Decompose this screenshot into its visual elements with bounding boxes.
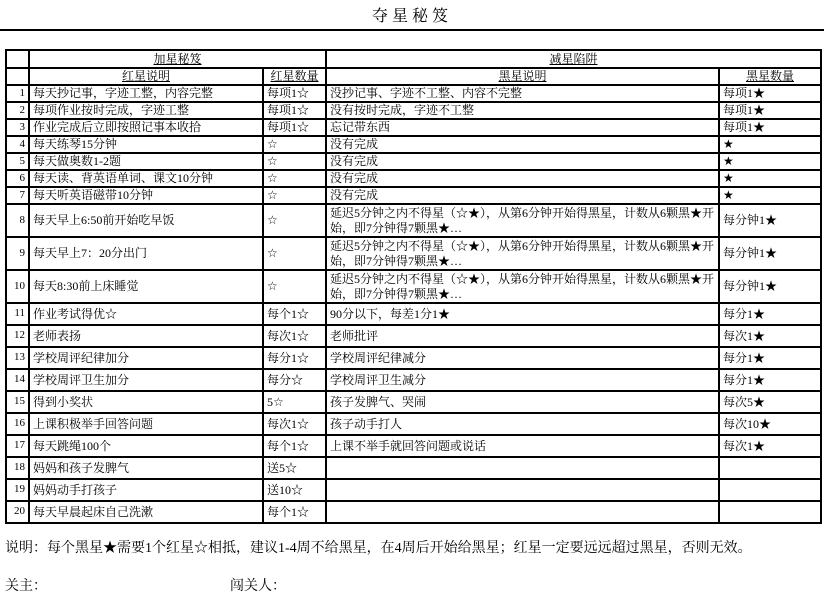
row-number: 13 — [6, 347, 29, 369]
row-number: 2 — [6, 102, 29, 119]
black-qty-cell: 每项1★ — [719, 119, 821, 136]
black-desc-cell: 孩子动手打人 — [326, 413, 719, 435]
red-desc-cell: 老师表扬 — [29, 325, 263, 347]
row-number: 6 — [6, 170, 29, 187]
black-desc-cell: 延迟5分钟之内不得星（☆★），从第6分钟开始得黑星，计数从6颗黑★开始，即7分钟… — [326, 204, 719, 237]
black-qty-cell: 每分1★ — [719, 303, 821, 325]
red-desc-cell: 妈妈和孩子发脾气 — [29, 457, 263, 479]
red-qty-cell: 5☆ — [263, 391, 326, 413]
table-row: 14学校周评卫生加分每分☆学校周评卫生减分每分1★ — [6, 369, 821, 391]
row-number: 5 — [6, 153, 29, 170]
red-qty-cell: 每分☆ — [263, 369, 326, 391]
table-row: 5每天做奥数1-2题☆没有完成★ — [6, 153, 821, 170]
red-desc-cell: 每天听英语磁带10分钟 — [29, 187, 263, 204]
red-qty-cell: 送5☆ — [263, 457, 326, 479]
red-desc-cell: 每天早上6:50前开始吃早饭 — [29, 204, 263, 237]
table-row: 13学校周评纪律加分每分1☆学校周评纪律减分每分1★ — [6, 347, 821, 369]
col-header-red-desc-label: 红星说明 — [122, 69, 170, 83]
row-number: 19 — [6, 479, 29, 501]
table-row: 8每天早上6:50前开始吃早饭☆延迟5分钟之内不得星（☆★），从第6分钟开始得黑… — [6, 204, 821, 237]
black-desc-cell: 孩子发脾气、哭闹 — [326, 391, 719, 413]
red-qty-cell: 每分1☆ — [263, 347, 326, 369]
row-number: 14 — [6, 369, 29, 391]
table-row: 17每天跳绳100个每个1☆上课不举手就回答问题或说话每次1★ — [6, 435, 821, 457]
black-qty-cell: ★ — [719, 170, 821, 187]
black-desc-cell: 没有完成 — [326, 187, 719, 204]
red-qty-cell: ☆ — [263, 170, 326, 187]
red-desc-cell: 每天早晨起床自己洗漱 — [29, 501, 263, 523]
table-row: 19妈妈动手打孩子送10☆ — [6, 479, 821, 501]
black-qty-cell: ★ — [719, 136, 821, 153]
col-header-black-desc: 黑星说明 — [326, 68, 719, 85]
black-desc-cell: 忘记带东西 — [326, 119, 719, 136]
black-desc-cell: 学校周评纪律减分 — [326, 347, 719, 369]
black-desc-cell: 90分以下，每差1分1★ — [326, 303, 719, 325]
col-header-black-qty-label: 黑星数量 — [746, 69, 794, 83]
red-desc-cell: 每项作业按时完成，字迹工整 — [29, 102, 263, 119]
black-desc-cell: 没抄记事、字迹不工整、内容不完整 — [326, 85, 719, 102]
group-subtract-stars-label: 减星陷阱 — [550, 52, 598, 66]
table-row: 1每天抄记事，字迹工整，内容完整每项1☆没抄记事、字迹不工整、内容不完整每项1★ — [6, 85, 821, 102]
red-desc-cell: 学校周评卫生加分 — [29, 369, 263, 391]
table-row: 10每天8:30前上床睡觉☆延迟5分钟之内不得星（☆★），从第6分钟开始得黑星，… — [6, 270, 821, 303]
black-desc-cell: 上课不举手就回答问题或说话 — [326, 435, 719, 457]
black-desc-cell — [326, 479, 719, 501]
red-desc-cell: 得到小奖状 — [29, 391, 263, 413]
black-desc-cell: 没有按时完成，字迹不工整 — [326, 102, 719, 119]
black-desc-cell — [326, 457, 719, 479]
row-number: 17 — [6, 435, 29, 457]
red-desc-cell: 每天练琴15分钟 — [29, 136, 263, 153]
col-header-black-qty: 黑星数量 — [719, 68, 821, 85]
black-desc-cell: 学校周评卫生减分 — [326, 369, 719, 391]
red-qty-cell: 送10☆ — [263, 479, 326, 501]
corner-cell — [6, 50, 29, 68]
table-row: 11作业考试得优☆每个1☆90分以下，每差1分1★每分1★ — [6, 303, 821, 325]
row-number: 15 — [6, 391, 29, 413]
row-number: 12 — [6, 325, 29, 347]
red-desc-cell: 每天8:30前上床睡觉 — [29, 270, 263, 303]
table-row: 3作业完成后立即按照记事本收拾每项1☆忘记带东西每项1★ — [6, 119, 821, 136]
row-number: 8 — [6, 204, 29, 237]
red-desc-cell: 作业完成后立即按照记事本收拾 — [29, 119, 263, 136]
black-qty-cell: 每分1★ — [719, 347, 821, 369]
red-desc-cell: 每天做奥数1-2题 — [29, 153, 263, 170]
red-desc-cell: 学校周评纪律加分 — [29, 347, 263, 369]
col-header-red-qty: 红星数量 — [263, 68, 326, 85]
red-desc-cell: 上课积极举手回答问题 — [29, 413, 263, 435]
table-row: 2每项作业按时完成，字迹工整每项1☆没有按时完成，字迹不工整每项1★ — [6, 102, 821, 119]
red-qty-cell: ☆ — [263, 153, 326, 170]
red-qty-cell: 每个1☆ — [263, 501, 326, 523]
black-qty-cell: 每次1★ — [719, 325, 821, 347]
row-number: 18 — [6, 457, 29, 479]
row-number: 10 — [6, 270, 29, 303]
red-qty-cell: 每个1☆ — [263, 303, 326, 325]
red-qty-cell: 每项1☆ — [263, 119, 326, 136]
note-text: 说明：每个黑星★需要1个红星☆相抵，建议1-4周不给黑星，在4周后开始给黑星；红… — [5, 540, 817, 558]
col-header-red-qty-label: 红星数量 — [271, 69, 319, 83]
black-qty-cell: 每分1★ — [719, 369, 821, 391]
table-row: 9每天早上7：20分出门☆延迟5分钟之内不得星（☆★），从第6分钟开始得黑星，计… — [6, 237, 821, 270]
row-number: 1 — [6, 85, 29, 102]
red-desc-cell: 每天抄记事，字迹工整，内容完整 — [29, 85, 263, 102]
group-add-stars: 加星秘笈 — [29, 50, 326, 68]
col-header-black-desc-label: 黑星说明 — [499, 69, 547, 83]
col-header-red-desc: 红星说明 — [29, 68, 263, 85]
row-number: 7 — [6, 187, 29, 204]
signature-row: 关主： 闯关人： — [5, 575, 824, 593]
black-desc-cell: 延迟5分钟之内不得星（☆★），从第6分钟开始得黑星，计数从6颗黑★开始，即7分钟… — [326, 237, 719, 270]
black-desc-cell: 老师批评 — [326, 325, 719, 347]
group-header-row: 加星秘笈 减星陷阱 — [6, 50, 821, 68]
table-row: 20每天早晨起床自己洗漱每个1☆ — [6, 501, 821, 523]
title-underline — [0, 29, 824, 31]
black-desc-cell: 没有完成 — [326, 153, 719, 170]
group-add-stars-label: 加星秘笈 — [154, 52, 202, 66]
star-rules-table: 加星秘笈 减星陷阱 红星说明 红星数量 黑星说明 黑星数量 1每天抄记事，字迹工… — [5, 49, 822, 524]
red-qty-cell: ☆ — [263, 187, 326, 204]
red-qty-cell: ☆ — [263, 136, 326, 153]
black-desc-cell: 没有完成 — [326, 136, 719, 153]
black-qty-cell — [719, 479, 821, 501]
black-desc-cell: 没有完成 — [326, 170, 719, 187]
table-row: 6每天读、背英语单词、课文10分钟☆没有完成★ — [6, 170, 821, 187]
black-qty-cell: 每项1★ — [719, 102, 821, 119]
black-qty-cell: 每分钟1★ — [719, 270, 821, 303]
row-number: 20 — [6, 501, 29, 523]
black-qty-cell — [719, 457, 821, 479]
black-qty-cell: 每项1★ — [719, 85, 821, 102]
black-desc-cell: 延迟5分钟之内不得星（☆★），从第6分钟开始得黑星，计数从6颗黑★开始，即7分钟… — [326, 270, 719, 303]
table-row: 4每天练琴15分钟☆没有完成★ — [6, 136, 821, 153]
red-desc-cell: 每天跳绳100个 — [29, 435, 263, 457]
black-desc-cell — [326, 501, 719, 523]
black-qty-cell: 每次5★ — [719, 391, 821, 413]
group-subtract-stars: 减星陷阱 — [326, 50, 821, 68]
red-desc-cell: 每天早上7：20分出门 — [29, 237, 263, 270]
row-number: 3 — [6, 119, 29, 136]
red-qty-cell: 每个1☆ — [263, 435, 326, 457]
row-number: 16 — [6, 413, 29, 435]
red-desc-cell: 妈妈动手打孩子 — [29, 479, 263, 501]
black-qty-cell: 每次10★ — [719, 413, 821, 435]
red-qty-cell: ☆ — [263, 270, 326, 303]
row-number: 11 — [6, 303, 29, 325]
challenger-label: 闯关人： — [230, 575, 286, 595]
red-qty-cell: 每项1☆ — [263, 102, 326, 119]
row-number: 9 — [6, 237, 29, 270]
page-title: 夺星秘笈 — [0, 0, 824, 27]
corner-cell-2 — [6, 68, 29, 85]
red-qty-cell: ☆ — [263, 237, 326, 270]
black-qty-cell: 每分钟1★ — [719, 237, 821, 270]
red-qty-cell: 每项1☆ — [263, 85, 326, 102]
table-row: 15得到小奖状5☆孩子发脾气、哭闹每次5★ — [6, 391, 821, 413]
table-body: 1每天抄记事，字迹工整，内容完整每项1☆没抄记事、字迹不工整、内容不完整每项1★… — [6, 85, 821, 523]
black-qty-cell: 每分钟1★ — [719, 204, 821, 237]
red-desc-cell: 作业考试得优☆ — [29, 303, 263, 325]
red-qty-cell: 每次1☆ — [263, 413, 326, 435]
red-desc-cell: 每天读、背英语单词、课文10分钟 — [29, 170, 263, 187]
black-qty-cell: 每次1★ — [719, 435, 821, 457]
black-qty-cell — [719, 501, 821, 523]
red-qty-cell: ☆ — [263, 204, 326, 237]
table-row: 16上课积极举手回答问题每次1☆孩子动手打人每次10★ — [6, 413, 821, 435]
red-qty-cell: 每次1☆ — [263, 325, 326, 347]
master-label: 关主： — [5, 579, 47, 594]
column-header-row: 红星说明 红星数量 黑星说明 黑星数量 — [6, 68, 821, 85]
table-row: 7每天听英语磁带10分钟☆没有完成★ — [6, 187, 821, 204]
black-qty-cell: ★ — [719, 153, 821, 170]
table-row: 12老师表扬每次1☆老师批评每次1★ — [6, 325, 821, 347]
row-number: 4 — [6, 136, 29, 153]
black-qty-cell: ★ — [719, 187, 821, 204]
table-row: 18妈妈和孩子发脾气送5☆ — [6, 457, 821, 479]
